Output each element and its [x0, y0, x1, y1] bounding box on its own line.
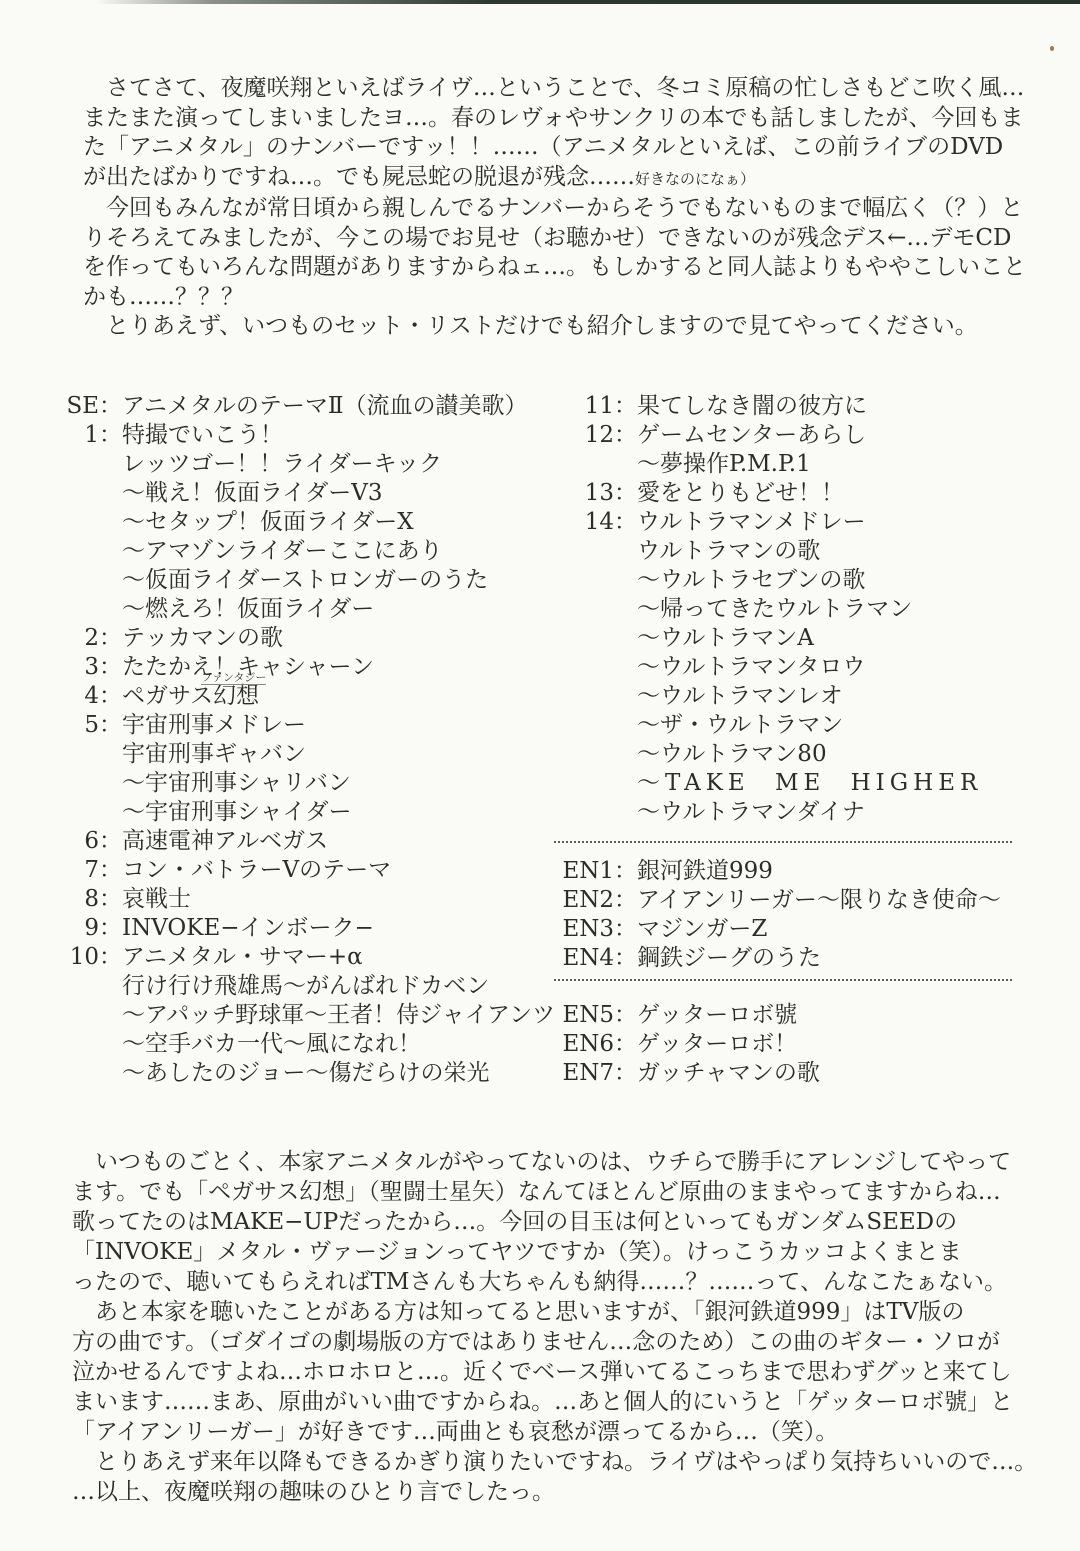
track-title: 果てしなき闇の彼方に	[637, 392, 867, 421]
track-number: 7：	[56, 856, 122, 885]
track-title: 〜宇宙刑事シャリバン	[122, 769, 351, 798]
text-line: 泣かせるんですよね…ホロホロと…。近くでベース弾いてるこっちまで思わずグッと来て…	[72, 1357, 1037, 1387]
track-number	[560, 711, 637, 740]
setlist-row: レッツゴー！！ライダーキック	[56, 450, 555, 479]
setlist-row: 〜ウルトラマンダイナ	[560, 798, 1072, 827]
setlist-row: 〜アマゾンライダーここにあり	[56, 537, 555, 566]
track-title: 哀戦士	[122, 885, 191, 914]
scanned-page: さてさて、夜魔咲翔といえばライヴ…ということで、冬コミ原稿の忙しさもどこ吹く風……	[0, 0, 1080, 1551]
setlist-right-column: 11：果てしなき闇の彼方に12：ゲームセンターあらし〜夢操作P.M.P.113：…	[560, 392, 1072, 1088]
track-number	[56, 972, 122, 1001]
setlist-row: 〜仮面ライダーストロンガーのうた	[56, 566, 555, 595]
track-number	[560, 682, 637, 711]
track-title: 〜戦え！仮面ライダーV3	[122, 479, 383, 508]
track-number: SE：	[56, 392, 122, 421]
track-title: 〜ザ・ウルトラマン	[637, 711, 843, 740]
text-line: 歌ってたのはMAKE−UPだったから…。今回の目玉は何といってもガンダムSEED…	[72, 1207, 1037, 1237]
text-run: とりあえず、いつものセット・リストだけでも紹介しますので見てやってください。	[83, 313, 978, 339]
setlist-row: 〜夢操作P.M.P.1	[560, 450, 1072, 479]
track-title-text: ペガサス	[122, 683, 213, 709]
track-title: ペガサスファンタジー幻想	[122, 682, 259, 711]
track-number: 2：	[56, 624, 122, 653]
text-line: ます。でも「ペガサス幻想」（聖闘士星矢）なんてほとんど原曲のままやってますからね…	[72, 1177, 1037, 1207]
setlist-row: 行け行け飛雄馬〜がんばれドカベン	[56, 972, 555, 1001]
track-number: 11：	[560, 392, 637, 421]
text-run: まいます……まあ、原曲がいい曲ですからね。…あと個人的にいうと「ゲッターロボ號」…	[72, 1389, 1013, 1415]
track-number: 14：	[560, 508, 637, 537]
setlist-row: 〜宇宙刑事シャリバン	[56, 769, 555, 798]
text-line: あと本家を聴いたことがある方は知ってると思いますが、「銀河鉄道999」はTV版の	[72, 1297, 1037, 1327]
setlist-row: 12：ゲームセンターあらし	[560, 421, 1072, 450]
track-title: 宇宙刑事メドレー	[122, 711, 306, 740]
track-number: 3：	[56, 653, 122, 682]
track-title: ゲッターロボ號	[637, 1001, 797, 1030]
text-line: が出たばかりですね…。でも屍忌蛇の脱退が残念……好きなのになぁ）	[83, 163, 1026, 195]
track-number	[560, 798, 637, 827]
track-title: ゲッターロボ！	[637, 1030, 797, 1059]
track-title: アニメタルのテーマⅡ（流血の讃美歌）	[122, 392, 527, 421]
setlist-row: 6：高速電神アルベガス	[56, 827, 555, 856]
text-run: を作ってもいろんな問題がありますからねェ…。もしかすると同人誌よりもややこしいこ…	[83, 254, 1026, 280]
setlist-row: EN6：ゲッターロボ！	[560, 1030, 1072, 1059]
track-number: 6：	[56, 827, 122, 856]
track-title: ウルトラマンメドレー	[637, 508, 866, 537]
track-number	[560, 624, 637, 653]
setlist-row: 〜セタップ！仮面ライダーX	[56, 508, 555, 537]
setlist-row: 宇宙刑事ギャバン	[56, 740, 555, 769]
setlist-row: 10：アニメタル・サマー+α	[56, 943, 555, 972]
track-number: EN1：	[560, 857, 637, 886]
setlist-row: 7：コン・バトラーVのテーマ	[56, 856, 555, 885]
text-line: さてさて、夜魔咲翔といえばライヴ…ということで、冬コミ原稿の忙しさもどこ吹く風…	[83, 74, 1026, 104]
setlist-row: 3：たたかえ！キャシャーン	[56, 653, 555, 682]
text-line: ったので、聴いてもらえればTMさんも大ちゃんも納得……？……って、んなこたぁない…	[72, 1267, 1037, 1297]
track-title: 愛をとりもどせ！！	[637, 479, 844, 508]
text-run: いつものごとく、本家アニメタルがやってないのは、ウチらで勝手にアレンジしてやって	[72, 1149, 1011, 1175]
track-title: 〜ウルトラマンレオ	[637, 682, 843, 711]
track-title: 〜帰ってきたウルトラマン	[637, 595, 912, 624]
setlist-row: 〜ウルトラマンA	[560, 624, 1072, 653]
setlist-row: 〜戦え！仮面ライダーV3	[56, 479, 555, 508]
track-number: 1：	[56, 421, 122, 450]
track-title: 〜アパッチ野球軍〜王者！侍ジャイアンツ	[122, 1001, 555, 1030]
setlist-row: 〜ウルトラセブンの歌	[560, 566, 1072, 595]
text-run: 泣かせるんですよね…ホロホロと…。近くでベース弾いてるこっちまで思わずグッと来て…	[72, 1359, 1012, 1385]
text-run: さてさて、夜魔咲翔といえばライヴ…ということで、冬コミ原稿の忙しさもどこ吹く風…	[83, 75, 1024, 101]
track-number: EN7：	[560, 1059, 637, 1088]
track-title: コン・バトラーVのテーマ	[122, 856, 391, 885]
track-number: 4：	[56, 682, 122, 711]
setlist-row: 14：ウルトラマンメドレー	[560, 508, 1072, 537]
track-number: 5：	[56, 711, 122, 740]
track-title: 〜ウルトラマンタロウ	[637, 653, 865, 682]
text-line: まいます……まあ、原曲がいい曲ですからね。…あと個人的にいうと「ゲッターロボ號」…	[72, 1387, 1037, 1417]
track-number: EN2：	[560, 886, 637, 915]
setlist-row: 〜空手バカ一代〜風になれ！	[56, 1030, 555, 1059]
track-title: 宇宙刑事ギャバン	[122, 740, 306, 769]
track-title: 鋼鉄ジーグのうた	[637, 944, 821, 973]
track-title: 〜ウルトラマン80	[637, 740, 827, 769]
track-title: アニメタル・サマー+α	[122, 943, 363, 972]
furigana: ファンタジー	[201, 672, 266, 685]
setlist-encore-block-2: EN5：ゲッターロボ號EN6：ゲッターロボ！EN7：ガッチャマンの歌	[560, 1001, 1072, 1088]
text-line: を作ってもいろんな問題がありますからねェ…。もしかすると同人誌よりもややこしいこ…	[83, 253, 1026, 283]
text-line: またまた演ってしまいましたヨ…。春のレヴォやサンクリの本でも話しましたが、今回も…	[83, 104, 1026, 134]
setlist-row: 〜アパッチ野球軍〜王者！侍ジャイアンツ	[56, 1001, 555, 1030]
setlist-row: 4：ペガサスファンタジー幻想	[56, 682, 555, 711]
setlist-row: 〜ウルトラマン80	[560, 740, 1072, 769]
text-run: 「アイアンリーガー」が好きです…両曲とも哀愁が漂ってるから…（笑）。	[72, 1419, 838, 1445]
text-run: ます。でも「ペガサス幻想」（聖闘士星矢）なんてほとんど原曲のままやってますからね…	[72, 1179, 1001, 1205]
setlist-left-column: SE：アニメタルのテーマⅡ（流血の讃美歌）1：特撮でいこう！レッツゴー！！ライダ…	[56, 392, 555, 1088]
track-title: 〜TAKE ME HIGHER	[637, 769, 982, 798]
setlist-row: EN1：銀河鉄道999	[560, 857, 1072, 886]
text-run: た「アニメタル」のナンバーですッ！！……（アニメタルといえば、この前ライブのDV…	[83, 134, 1003, 160]
setlist-row: 9：INVOKE−インボーク−	[56, 914, 555, 943]
text-line: いつものごとく、本家アニメタルがやってないのは、ウチらで勝手にアレンジしてやって	[72, 1147, 1037, 1177]
track-number	[56, 1059, 122, 1088]
track-number: EN6：	[560, 1030, 637, 1059]
setlist-row: 〜あしたのジョー〜傷だらけの栄光	[56, 1059, 555, 1088]
track-number	[56, 1030, 122, 1059]
outro-paragraphs: いつものごとく、本家アニメタルがやってないのは、ウチらで勝手にアレンジしてやって…	[72, 1147, 1037, 1507]
track-title: レッツゴー！！ライダーキック	[122, 450, 442, 479]
track-number	[56, 508, 122, 537]
track-number: 9：	[56, 914, 122, 943]
track-number	[56, 740, 122, 769]
text-line: とりあえず、いつものセット・リストだけでも紹介しますので見てやってください。	[83, 312, 1026, 342]
track-number	[560, 653, 637, 682]
setlist-row: EN4：鋼鉄ジーグのうた	[560, 944, 1072, 973]
dotted-separator	[554, 979, 1012, 981]
setlist-row: 〜帰ってきたウルトラマン	[560, 595, 1072, 624]
track-title: 〜アマゾンライダーここにあり	[122, 537, 443, 566]
text-line: かも……？？？	[83, 283, 1026, 313]
track-title: 銀河鉄道999	[637, 857, 773, 886]
setlist-row: 〜ウルトラマンタロウ	[560, 653, 1072, 682]
setlist-row: 11：果てしなき闇の彼方に	[560, 392, 1072, 421]
track-number: EN3：	[560, 915, 637, 944]
setlist-row: EN5：ゲッターロボ號	[560, 1001, 1072, 1030]
setlist-row: 〜ザ・ウルトラマン	[560, 711, 1072, 740]
dotted-separator	[554, 841, 1012, 843]
track-number	[56, 595, 122, 624]
track-title: アイアンリーガー〜限りなき使命〜	[637, 886, 1001, 915]
track-number: 8：	[56, 885, 122, 914]
track-number: 12：	[560, 421, 637, 450]
track-title: 特撮でいこう！	[122, 421, 283, 450]
text-line: とりあえず来年以降もできるかぎり演りたいですね。ライヴはやっぱり気持ちいいので……	[72, 1447, 1037, 1477]
text-line: 方の曲です。（ゴダイゴの劇場版の方ではありません…念のため）この曲のギター・ソロ…	[72, 1327, 1037, 1357]
track-number	[560, 769, 637, 798]
track-title: 行け行け飛雄馬〜がんばれドカベン	[122, 972, 489, 1001]
text-run: 今回もみんなが常日頃から親しんでるナンバーからそうでもないものまで幅広く（？）と	[83, 195, 1023, 221]
text-run: りそろえてみましたが、今この場でお見せ（お聴かせ）できないのが残念デス←…デモC…	[83, 225, 1011, 251]
track-title: INVOKE−インボーク−	[122, 914, 374, 943]
setlist-row: EN7：ガッチャマンの歌	[560, 1059, 1072, 1088]
track-number	[560, 566, 637, 595]
setlist-encore-block-1: EN1：銀河鉄道999EN2：アイアンリーガー〜限りなき使命〜EN3：マジンガー…	[560, 857, 1072, 973]
track-number	[56, 769, 122, 798]
intro-paragraphs: さてさて、夜魔咲翔といえばライヴ…ということで、冬コミ原稿の忙しさもどこ吹く風……	[83, 74, 1026, 342]
track-number: EN5：	[560, 1001, 637, 1030]
setlist-row: 2：テッカマンの歌	[56, 624, 555, 653]
track-title: 〜ウルトラマンダイナ	[637, 798, 865, 827]
text-line: た「アニメタル」のナンバーですッ！！……（アニメタルといえば、この前ライブのDV…	[83, 133, 1026, 163]
text-run: ったので、聴いてもらえればTMさんも大ちゃんも納得……？……って、んなこたぁない…	[72, 1269, 1007, 1295]
text-run: 方の曲です。（ゴダイゴの劇場版の方ではありません…念のため）この曲のギター・ソロ…	[72, 1329, 1000, 1355]
track-title: 〜あしたのジョー〜傷だらけの栄光	[122, 1059, 490, 1088]
setlist-row: 8：哀戦士	[56, 885, 555, 914]
text-line: りそろえてみましたが、今この場でお見せ（お聴かせ）できないのが残念デス←…デモC…	[83, 224, 1026, 254]
text-run: とりあえず来年以降もできるかぎり演りたいですね。ライヴはやっぱり気持ちいいので……	[72, 1449, 1037, 1475]
ruby-base: ファンタジー幻想	[213, 682, 259, 711]
setlist-row: 5：宇宙刑事メドレー	[56, 711, 555, 740]
track-title: 〜空手バカ一代〜風になれ！	[122, 1030, 421, 1059]
setlist-row: SE：アニメタルのテーマⅡ（流血の讃美歌）	[56, 392, 555, 421]
setlist-row: EN2：アイアンリーガー〜限りなき使命〜	[560, 886, 1072, 915]
track-title: 〜燃えろ！仮面ライダー	[122, 595, 374, 624]
track-title: 〜セタップ！仮面ライダーX	[122, 508, 414, 537]
track-number	[56, 1001, 122, 1030]
text-line: 今回もみんなが常日頃から親しんでるナンバーからそうでもないものまで幅広く（？）と	[83, 194, 1026, 224]
setlist-row: ウルトラマンの歌	[560, 537, 1072, 566]
page-scan-edge	[95, 0, 1080, 4]
track-title: 〜ウルトラマンA	[637, 624, 814, 653]
track-number	[560, 595, 637, 624]
setlist-row: 〜宇宙刑事シャイダー	[56, 798, 555, 827]
setlist-right-main: 11：果てしなき闇の彼方に12：ゲームセンターあらし〜夢操作P.M.P.113：…	[560, 392, 1072, 827]
setlist-row: EN3：マジンガーZ	[560, 915, 1072, 944]
text-run: 歌ってたのはMAKE−UPだったから…。今回の目玉は何といってもガンダムSEED…	[72, 1209, 957, 1235]
text-run: が出たばかりですね…。でも屍忌蛇の脱退が残念……	[83, 164, 635, 190]
text-run: あと本家を聴いたことがある方は知ってると思いますが、「銀河鉄道999」はTV版の	[72, 1299, 964, 1325]
small-note: 好きなのになぁ）	[635, 170, 755, 188]
track-title: マジンガーZ	[637, 915, 767, 944]
track-title: ウルトラマンの歌	[637, 537, 820, 566]
track-number	[56, 479, 122, 508]
setlist-row: 1：特撮でいこう！	[56, 421, 555, 450]
text-line: 「アイアンリーガー」が好きです…両曲とも哀愁が漂ってるから…（笑）。	[72, 1417, 1037, 1447]
track-title: ガッチャマンの歌	[637, 1059, 820, 1088]
track-number	[560, 537, 637, 566]
track-number	[56, 566, 122, 595]
text-run: かも……？？？	[83, 284, 244, 310]
track-number	[56, 450, 122, 479]
track-number	[560, 450, 637, 479]
setlist-row: 13：愛をとりもどせ！！	[560, 479, 1072, 508]
track-title: 〜ウルトラセブンの歌	[637, 566, 865, 595]
text-run: またまた演ってしまいましたヨ…。春のレヴォやサンクリの本でも話しましたが、今回も…	[83, 105, 1023, 131]
setlist-row: 〜燃えろ！仮面ライダー	[56, 595, 555, 624]
track-number	[56, 798, 122, 827]
track-title: ゲームセンターあらし	[637, 421, 866, 450]
track-title: テッカマンの歌	[122, 624, 283, 653]
track-number	[56, 537, 122, 566]
text-line: …以上、夜魔咲翔の趣味のひとり言でしたっ。	[72, 1477, 1037, 1507]
text-run: …以上、夜魔咲翔の趣味のひとり言でしたっ。	[72, 1479, 555, 1505]
track-number: EN4：	[560, 944, 637, 973]
text-run: 「INVOKE」メタル・ヴァージョンってヤツですか（笑）。けっこうカッコよくまと…	[72, 1239, 962, 1265]
setlist-row: 〜ウルトラマンレオ	[560, 682, 1072, 711]
track-number	[560, 740, 637, 769]
track-title: 〜宇宙刑事シャイダー	[122, 798, 352, 827]
setlist-row: 〜TAKE ME HIGHER	[560, 769, 1072, 798]
track-title: 〜仮面ライダーストロンガーのうた	[122, 566, 488, 595]
track-number: 13：	[560, 479, 637, 508]
track-title: 高速電神アルベガス	[122, 827, 328, 856]
track-title: 〜夢操作P.M.P.1	[637, 450, 811, 479]
text-line: 「INVOKE」メタル・ヴァージョンってヤツですか（笑）。けっこうカッコよくまと…	[72, 1237, 1037, 1267]
track-number: 10：	[56, 943, 122, 972]
ink-speck	[1050, 46, 1054, 51]
